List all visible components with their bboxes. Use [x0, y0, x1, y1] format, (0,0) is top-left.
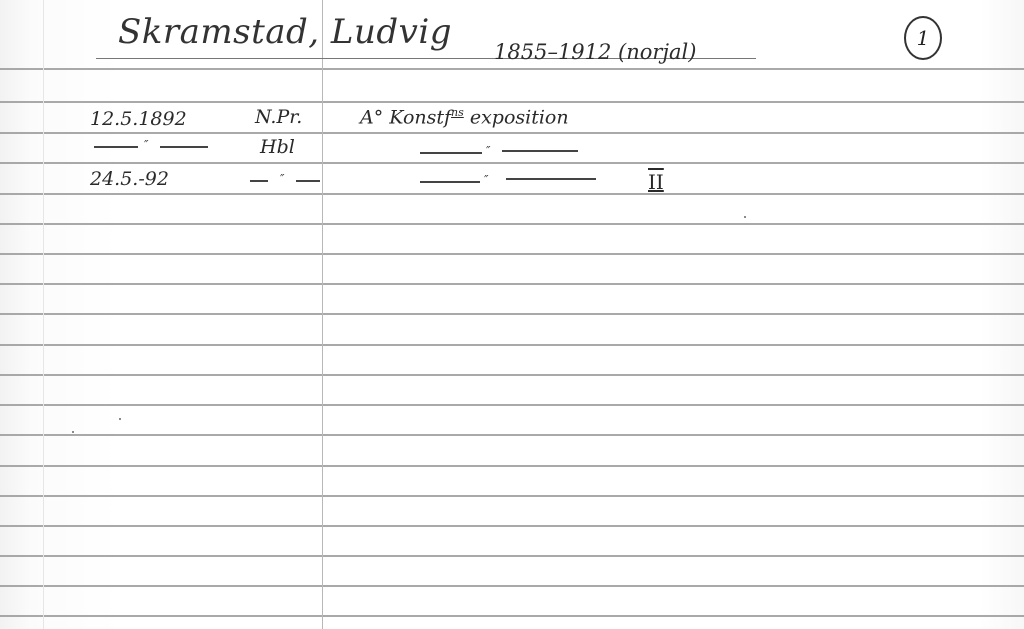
- column-divider: [322, 0, 323, 629]
- card-number-badge: 1: [904, 16, 942, 60]
- rule-line: [0, 101, 1024, 103]
- rule-line: [0, 495, 1024, 497]
- entry-2-date-ditto: ″: [144, 138, 148, 152]
- description-superscript: ns: [451, 106, 464, 119]
- person-name: Skramstad, Ludvig: [118, 12, 452, 52]
- entry-3-note: II: [648, 170, 664, 194]
- rule-line: [0, 585, 1024, 587]
- rule-line: [0, 615, 1024, 617]
- entry-1-date: 12.5.1892: [90, 108, 187, 130]
- description-main: A° Konstf: [360, 106, 451, 128]
- entry-3-date: 24.5.-92: [90, 168, 169, 190]
- ditto-dash: [420, 181, 480, 183]
- rule-line: [0, 525, 1024, 527]
- paper-speck: [744, 216, 746, 218]
- rule-line: [0, 374, 1024, 376]
- ditto-dash: [94, 146, 138, 148]
- ditto-dash: [250, 180, 268, 182]
- rule-line: [0, 68, 1024, 70]
- ditto-dash: [160, 146, 208, 148]
- rule-line: [0, 132, 1024, 134]
- ditto-dash: [502, 150, 578, 152]
- entry-3-description-ditto: ″: [484, 173, 488, 187]
- rule-line: [0, 555, 1024, 557]
- rule-line: [0, 223, 1024, 225]
- rule-line: [0, 162, 1024, 164]
- paper-speck: [119, 418, 121, 420]
- entry-2-description-ditto: ″: [486, 144, 490, 158]
- entry-3-source-ditto: ″: [280, 172, 284, 186]
- rule-line: [0, 344, 1024, 346]
- description-tail: exposition: [470, 106, 569, 128]
- ditto-dash: [506, 178, 596, 180]
- rule-line: [0, 465, 1024, 467]
- rule-line: [0, 283, 1024, 285]
- rule-line: [0, 193, 1024, 195]
- ditto-dash: [296, 180, 320, 182]
- entry-1-description: A° Konstfns exposition: [360, 106, 569, 128]
- index-card: Skramstad, Ludvig 1855–1912 (norjal) 1 1…: [0, 0, 1024, 629]
- entry-2-source: Hbl: [260, 136, 295, 158]
- paper-speck: [72, 431, 74, 433]
- card-number: 1: [917, 26, 930, 50]
- rule-line: [0, 404, 1024, 406]
- rule-line: [0, 253, 1024, 255]
- ditto-dash: [420, 152, 482, 154]
- rule-line: [0, 313, 1024, 315]
- rule-line: [0, 434, 1024, 436]
- left-margin-line: [43, 0, 44, 629]
- entry-1-source: N.Pr.: [255, 106, 302, 128]
- life-dates: 1855–1912 (norjal): [494, 40, 696, 64]
